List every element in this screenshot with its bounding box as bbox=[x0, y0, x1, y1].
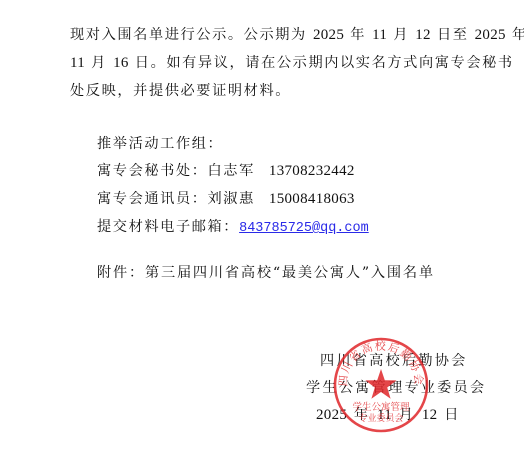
org-name-line-1: 四川省高校后勤协会 bbox=[320, 352, 468, 370]
paragraph-line-2: 11 月 16 日。如有异议，请在公示期内以实名方式向寓专会秘书 bbox=[70, 54, 514, 72]
year: 2025 bbox=[475, 27, 506, 43]
org-name-line-2: 学生公寓管理专业委员会 bbox=[306, 379, 486, 397]
month: 11 bbox=[70, 55, 85, 71]
correspondent-label: 寓专会通讯员：刘淑惠 bbox=[97, 191, 255, 207]
correspondent-phone: 15008418063 bbox=[269, 191, 355, 207]
text: 年 bbox=[347, 407, 377, 423]
text: 日至 bbox=[431, 27, 475, 43]
secretary-contact: 寓专会秘书处：白志军13708232442 bbox=[97, 162, 355, 180]
text: 年 bbox=[344, 27, 372, 43]
attachment-note: 附件：第三届四川省高校“最美公寓人”入围名单 bbox=[97, 264, 435, 282]
text: 月 bbox=[392, 407, 422, 423]
day: 16 bbox=[113, 55, 129, 71]
month: 11 bbox=[377, 407, 392, 423]
month: 11 bbox=[372, 27, 387, 43]
secretary-label: 寓专会秘书处：白志军 bbox=[97, 163, 255, 179]
contacts-heading: 推举活动工作组： bbox=[97, 135, 223, 153]
secretary-phone: 13708232442 bbox=[269, 163, 355, 179]
email-label: 提交材料电子邮箱： bbox=[97, 219, 239, 235]
email-link[interactable]: 843785725@qq.com bbox=[239, 221, 369, 236]
signature-date: 2025 年 11 月 12 日 bbox=[316, 406, 461, 424]
email-contact: 提交材料电子邮箱：843785725@qq.com bbox=[97, 218, 369, 238]
text: 月 bbox=[85, 55, 113, 71]
day: 12 bbox=[422, 407, 438, 423]
paragraph-line-3: 处反映，并提供必要证明材料。 bbox=[70, 82, 291, 100]
year: 2025 bbox=[316, 407, 347, 423]
correspondent-contact: 寓专会通讯员：刘淑惠15008418063 bbox=[97, 190, 355, 208]
text: 日 bbox=[437, 407, 460, 423]
text: 现对入围名单进行公示。公示期为 bbox=[70, 27, 313, 43]
text: 月 bbox=[387, 27, 415, 43]
paragraph-line-1: 现对入围名单进行公示。公示期为 2025 年 11 月 12 日至 2025 年 bbox=[70, 26, 524, 44]
day: 12 bbox=[415, 27, 431, 43]
text: 年 bbox=[506, 27, 524, 43]
text: 日。如有异议，请在公示期内以实名方式向寓专会秘书 bbox=[129, 55, 514, 71]
year: 2025 bbox=[313, 27, 344, 43]
